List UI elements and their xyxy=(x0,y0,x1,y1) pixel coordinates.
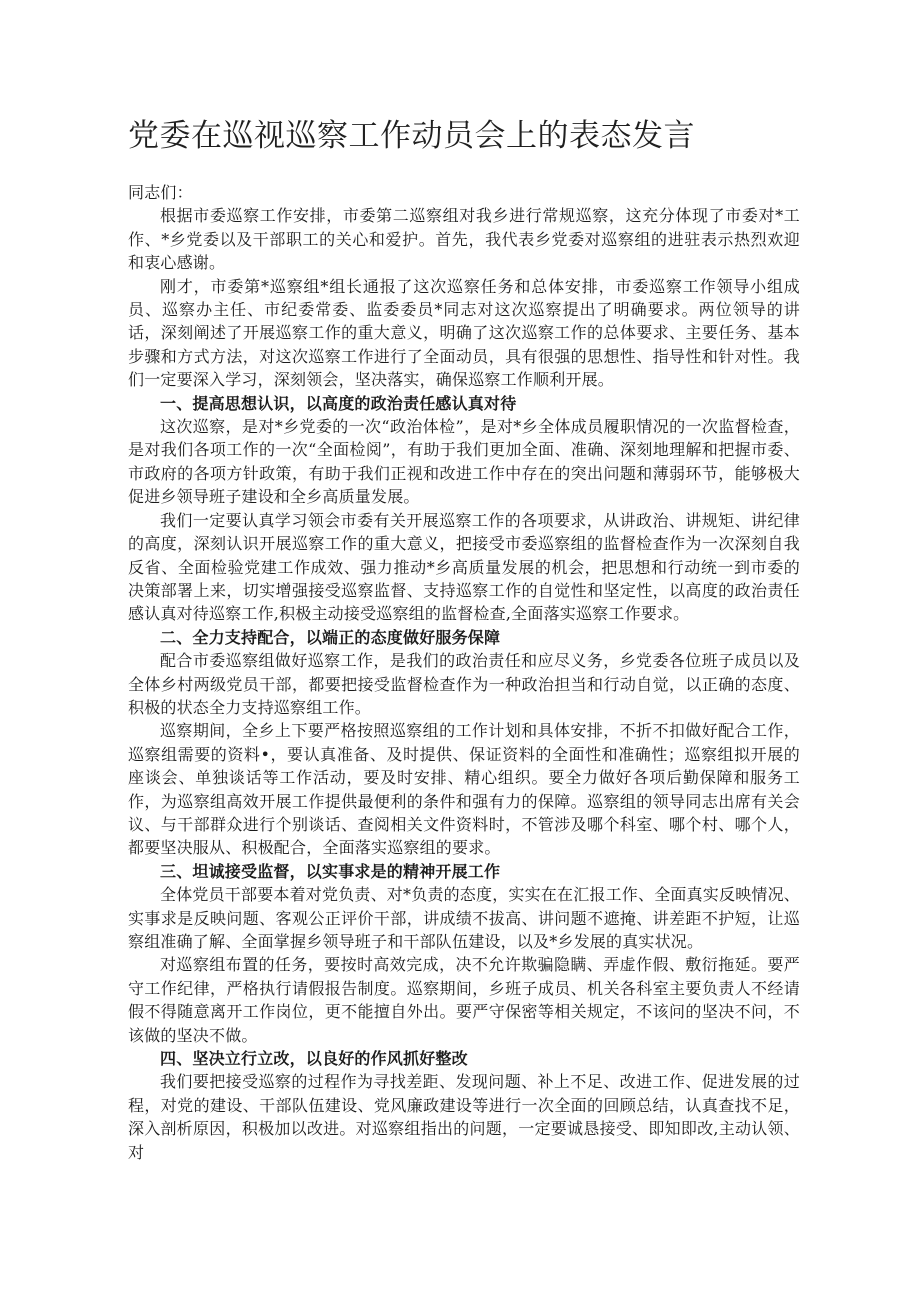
paragraph-section4-a: 我们要把接受巡察的过程作为寻找差距、发现问题、补上不足、改进工作、促进发展的过程… xyxy=(128,1070,800,1164)
paragraph-intro: 根据市委巡察工作安排，市委第二巡察组对我乡进行常规巡察，这充分体现了市委对*工作… xyxy=(128,204,800,274)
paragraph-briefing: 刚才，市委第*巡察组*组长通报了这次巡察任务和总体安排，市委巡察工作领导小组成员… xyxy=(128,275,800,392)
paragraph-section3-a: 全体党员干部要本着对党负责、对*负责的态度，实实在在汇报工作、全面真实反映情况、… xyxy=(128,883,800,953)
section-heading-4: 四、坚决立行立改，以良好的作风抓好整改 xyxy=(128,1047,800,1070)
section-heading-1: 一、提高思想认识，以高度的政治责任感认真对待 xyxy=(128,392,800,415)
paragraph-section2-a: 配合市委巡察组做好巡察工作，是我们的政治责任和应尽义务，乡党委各位班子成员以及全… xyxy=(128,649,800,719)
paragraph-section1-a: 这次巡察，是对*乡党委的一次“政治体检”，是对*乡全体成员履职情况的一次监督检查… xyxy=(128,415,800,509)
paragraph-section2-b: 巡察期间，全乡上下要严格按照巡察组的工作计划和具体安排，不折不扣做好配合工作，巡… xyxy=(128,719,800,859)
document-body: 同志们： 根据市委巡察工作安排，市委第二巡察组对我乡进行常规巡察，这充分体现了市… xyxy=(128,181,800,1164)
document-page: 党委在巡视巡察工作动员会上的表态发言 同志们： 根据市委巡察工作安排，市委第二巡… xyxy=(0,0,920,1301)
section-heading-3: 三、坦诚接受监督，以实事求是的精神开展工作 xyxy=(128,860,800,883)
paragraph-section3-b: 对巡察组布置的任务，要按时高效完成，决不允许欺骗隐瞒、弄虚作假、敷衍拖延。要严守… xyxy=(128,953,800,1047)
document-title: 党委在巡视巡察工作动员会上的表态发言 xyxy=(128,116,800,156)
salutation: 同志们： xyxy=(128,181,800,204)
section-heading-2: 二、全力支持配合，以端正的态度做好服务保障 xyxy=(128,626,800,649)
paragraph-section1-b: 我们一定要认真学习领会市委有关开展巡察工作的各项要求，从讲政治、讲规矩、讲纪律的… xyxy=(128,509,800,626)
